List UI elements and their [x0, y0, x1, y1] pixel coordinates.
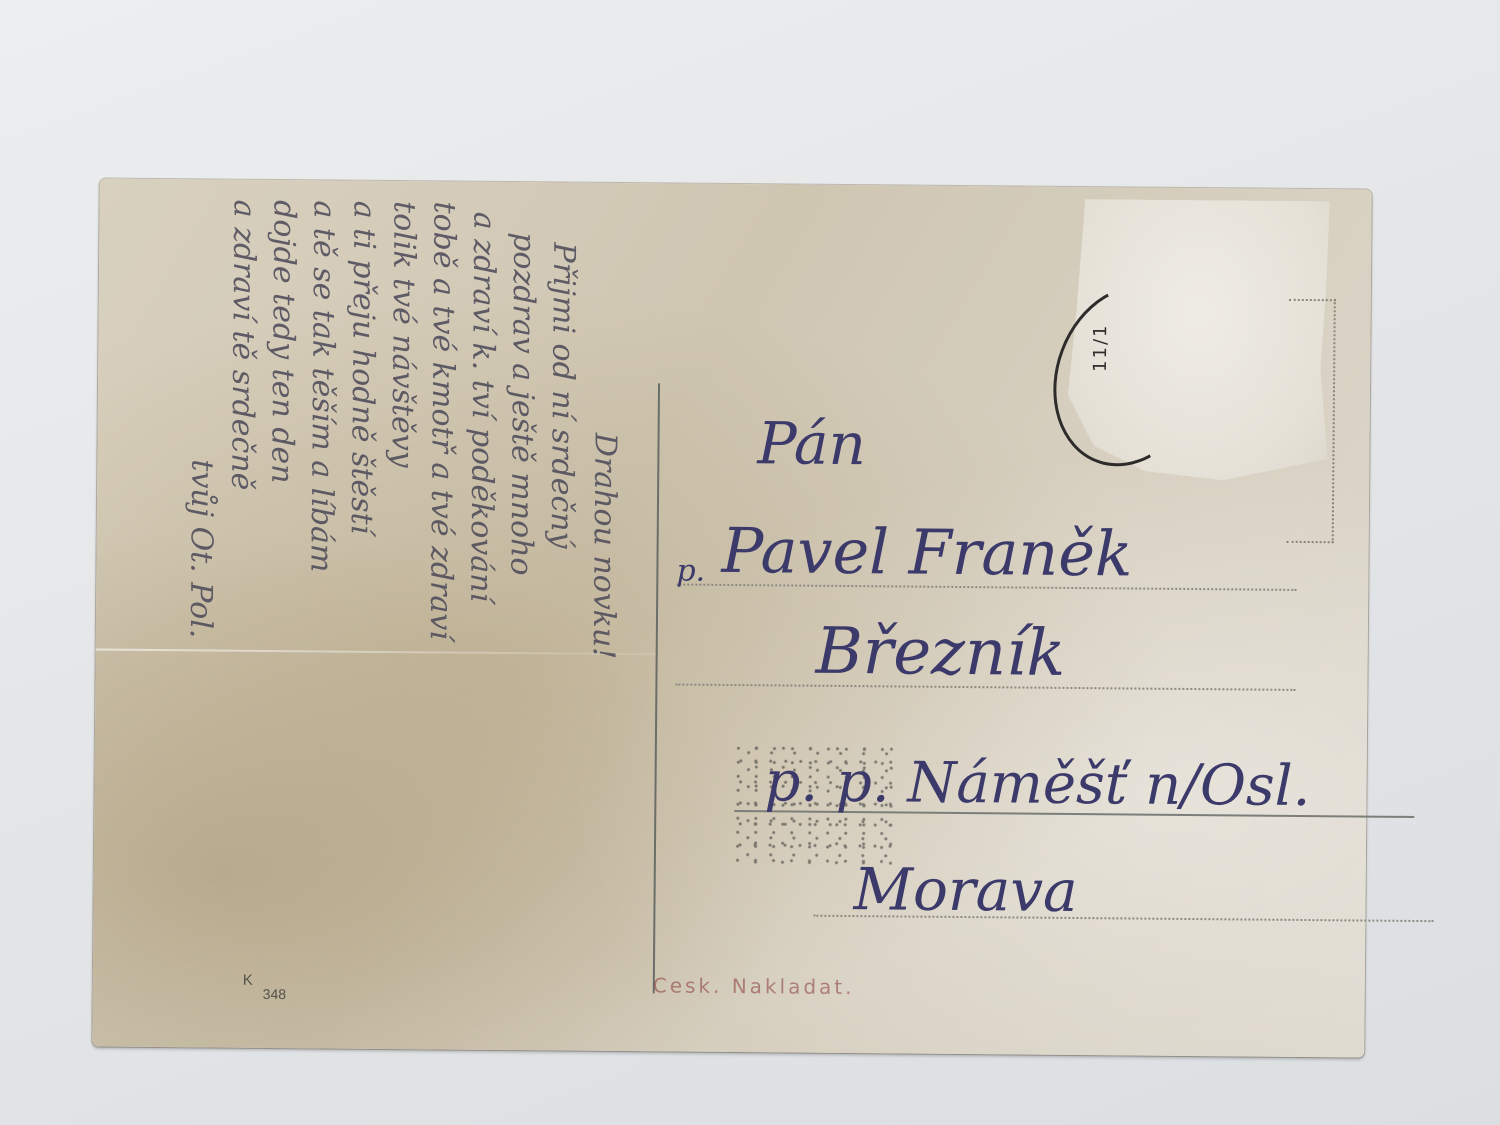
address-salutation: Pán	[757, 409, 866, 478]
message-line: a zdraví tě srdečně	[224, 200, 262, 491]
address-post-office: p. p. Náměšť n/Osl.	[764, 749, 1310, 819]
message-line: tolik tvé návštěvy	[384, 201, 421, 468]
message-line: a ti přeju hodně štěstí	[344, 201, 382, 535]
publisher-footer-stamp: Cesk. Nakladat.	[653, 973, 855, 999]
message-line: Drahou novku!	[586, 433, 623, 660]
center-divider	[653, 383, 660, 993]
publisher-code: K	[243, 972, 253, 989]
postmark-text: 11/1	[1090, 323, 1111, 372]
handwritten-message: Drahou novku! Přijmi od ní srdečný pozdr…	[112, 199, 639, 1024]
postcard-back: Drahou novku! Přijmi od ní srdečný pozdr…	[92, 178, 1372, 1057]
message-line: dojde tedy ten den	[264, 200, 301, 484]
message-line: a zdraví k. tví poděkování	[463, 212, 501, 603]
series-number: 348	[263, 986, 286, 1002]
address-name: Pavel Franěk	[721, 514, 1133, 591]
message-line: tobě a tvé kmotř a tvé zdraví	[423, 201, 462, 640]
message-signature: tvůj Ot. Pol.	[183, 459, 220, 638]
message-line: a tě se tak těším a líbám	[303, 200, 341, 572]
address-region: Morava	[853, 855, 1078, 925]
stamp-box-outline	[1287, 299, 1336, 543]
address-village: Březník	[815, 615, 1065, 691]
address-name-prefix: p.	[676, 554, 705, 589]
message-line: pozdrav a ještě mnoho	[503, 232, 541, 576]
message-line: Přijmi od ní srdečný	[544, 242, 582, 548]
